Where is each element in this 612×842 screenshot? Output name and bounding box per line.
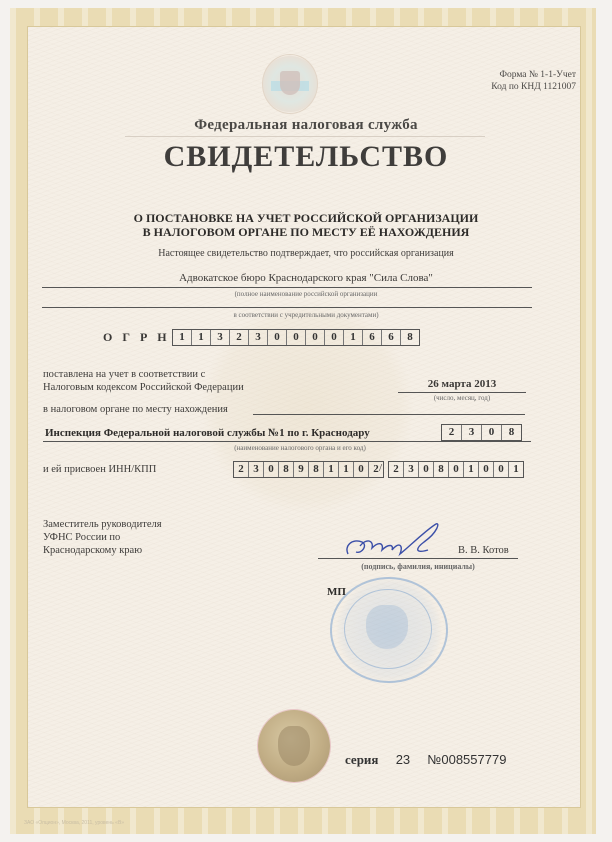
- embossed-seal: [258, 710, 330, 782]
- location-text: в налоговом органе по месту нахождения: [43, 403, 228, 416]
- ogrn-digit: 6: [362, 330, 381, 345]
- inn-digit: 1: [323, 462, 338, 477]
- location-line: [253, 414, 525, 415]
- tax-code-digit: 8: [501, 425, 521, 440]
- ogrn-label: ОГРН: [103, 330, 177, 345]
- ogrn-digit: 1: [343, 330, 362, 345]
- ogrn-digit: 0: [286, 330, 305, 345]
- ogrn-digit: 3: [210, 330, 229, 345]
- kpp-digit: 1: [463, 462, 478, 477]
- inn-kpp-label: и ей присвоен ИНН/КПП: [43, 463, 156, 476]
- org-caption-2: в соответствии с учредительными документ…: [0, 311, 612, 319]
- registration-text: поставлена на учет в соответствии с Нало…: [43, 368, 244, 394]
- ogrn-digit: 0: [305, 330, 324, 345]
- kpp-digit: 8: [433, 462, 448, 477]
- serial-block: серия 23 №008557779: [345, 752, 506, 768]
- ogrn-digit: 0: [324, 330, 343, 345]
- tax-authority-caption: (наименование налогового органа и его ко…: [180, 444, 420, 452]
- signature-caption: (подпись, фамилия, инициалы): [318, 562, 518, 571]
- signature: [340, 520, 450, 560]
- tax-authority-name: Инспекция Федеральной налоговой службы №…: [45, 427, 370, 439]
- ogrn-digit: 1: [173, 330, 191, 345]
- kpp-digit: 0: [418, 462, 433, 477]
- ogrn-digit: 8: [400, 330, 419, 345]
- form-number: Форма № 1-1-Учет: [491, 69, 576, 81]
- inn-digit: 3: [248, 462, 263, 477]
- tax-code-digit: 0: [481, 425, 501, 440]
- kpp-digit: 1: [508, 462, 523, 477]
- ogrn-digits: 1132300001668: [172, 329, 420, 346]
- form-number-block: Форма № 1-1-Учет Код по КНД 1121007: [491, 69, 576, 93]
- kpp-digits: 230801001: [388, 461, 524, 478]
- signatory-name: В. В. Котов: [458, 544, 509, 557]
- printer-info: ЗАО «Опцион», Москва, 2011, уровень «В»: [24, 820, 124, 826]
- stamp-placeholder-label: МП: [327, 586, 346, 598]
- official-stamp: [330, 577, 448, 683]
- document-title: СВИДЕТЕЛЬСТВО: [0, 140, 612, 174]
- org-caption-1: (полное наименование российской организа…: [0, 290, 612, 298]
- signature-line: [318, 558, 518, 559]
- org-name-line-2: [42, 307, 532, 308]
- signatory-position: Заместитель руководителя УФНС России по …: [43, 518, 162, 557]
- document-subtitle: О ПОСТАНОВКЕ НА УЧЕТ РОССИЙСКОЙ ОРГАНИЗА…: [0, 211, 612, 239]
- fns-emblem-icon: [262, 54, 318, 114]
- date-line: [398, 392, 526, 393]
- tax-authority-code: 2308: [441, 424, 522, 441]
- inn-digit: 1: [338, 462, 353, 477]
- date-caption: (число, месяц, год): [398, 394, 526, 402]
- knd-code: Код по КНД 1121007: [491, 81, 576, 93]
- inn-digit: 0: [353, 462, 368, 477]
- kpp-digit: 2: [389, 462, 403, 477]
- tax-authority-line: [43, 441, 531, 442]
- divider: [125, 136, 485, 137]
- series-label: серия: [345, 752, 378, 767]
- inn-digit: 8: [308, 462, 323, 477]
- inn-digit: 0: [263, 462, 278, 477]
- kpp-digit: 3: [403, 462, 418, 477]
- issuer-name: Федеральная налоговая служба: [0, 117, 612, 134]
- inn-digit: 8: [278, 462, 293, 477]
- series-value: 23: [396, 752, 410, 767]
- inn-digit: 2: [234, 462, 248, 477]
- organization-name: Адвокатское бюро Краснодарского края "Си…: [0, 272, 612, 284]
- inn-digits: 2308981102: [233, 461, 384, 478]
- ogrn-digit: 6: [381, 330, 400, 345]
- confirmation-text: Настоящее свидетельство подтверждает, чт…: [0, 248, 612, 259]
- tax-code-digit: 2: [442, 425, 461, 440]
- registration-date: 26 марта 2013: [398, 378, 526, 390]
- ogrn-digit: 3: [248, 330, 267, 345]
- kpp-digit: 0: [493, 462, 508, 477]
- ogrn-digit: 1: [191, 330, 210, 345]
- ogrn-digit: 0: [267, 330, 286, 345]
- org-name-line: [42, 287, 532, 288]
- serial-number: №008557779: [427, 752, 506, 767]
- tax-code-digit: 3: [461, 425, 481, 440]
- kpp-digit: 0: [478, 462, 493, 477]
- inn-kpp-separator: /: [379, 462, 382, 474]
- ogrn-digit: 2: [229, 330, 248, 345]
- kpp-digit: 0: [448, 462, 463, 477]
- inn-digit: 9: [293, 462, 308, 477]
